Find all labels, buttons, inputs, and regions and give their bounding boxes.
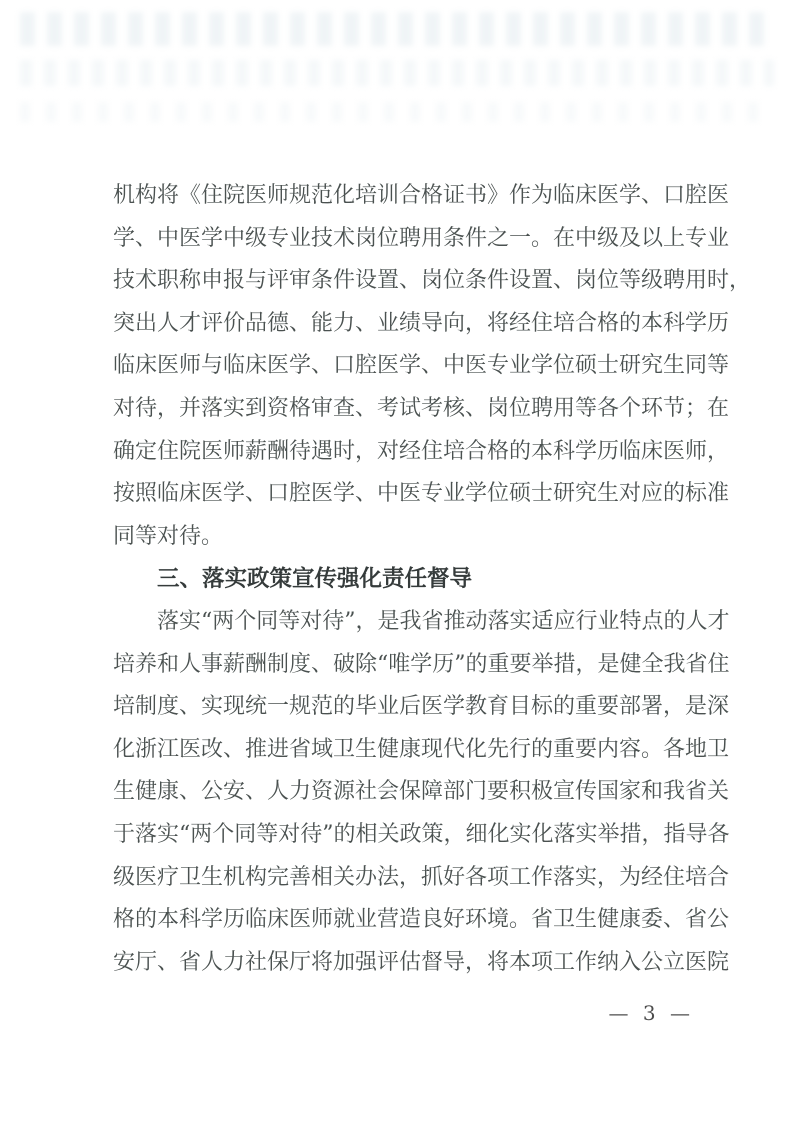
paragraph-line: 突出人才评价品德、能力、业绩导向，将经住培合格的本科学历 [113, 303, 683, 346]
paragraph-line: 对待，并落实到资格审查、考试考核、岗位聘用等各个环节；在 [113, 388, 683, 431]
document-page: 机构将《住院医师规范化培训合格证书》作为临床医学、口腔医 学、中医学中级专业技术… [0, 0, 794, 1123]
section-heading: 三、落实政策宣传强化责任督导 [113, 558, 683, 601]
paragraph-line: 学、中医学中级专业技术岗位聘用条件之一。在中级及以上专业 [113, 218, 683, 261]
bleed-through-row [20, 60, 774, 86]
paragraph-line: 化浙江医改、推进省域卫生健康现代化先行的重要内容。各地卫 [113, 729, 683, 772]
paragraph-line: 于落实“两个同等对待”的相关政策，细化实化落实举措，指导各 [113, 814, 683, 857]
paragraph-line: 机构将《住院医师规范化培训合格证书》作为临床医学、口腔医 [113, 175, 683, 218]
paragraph-line: 培养和人事薪酬制度、破除“唯学历”的重要举措，是健全我省住 [113, 644, 683, 687]
paragraph-line: 按照临床医学、口腔医学、中医专业学位硕士研究生对应的标准 [113, 473, 683, 516]
paragraph-line: 技术职称申报与评审条件设置、岗位条件设置、岗位等级聘用时， [113, 260, 683, 303]
bleed-through-row [20, 102, 774, 122]
paragraph-line: 格的本科学历临床医师就业营造良好环境。省卫生健康委、省公 [113, 899, 683, 942]
paragraph-line: 同等对待。 [113, 516, 683, 559]
paragraph-line: 落实“两个同等对待”，是我省推动落实适应行业特点的人才 [113, 601, 683, 644]
body-text-block: 机构将《住院医师规范化培训合格证书》作为临床医学、口腔医 学、中医学中级专业技术… [113, 175, 683, 984]
bleed-through-artifact [20, 0, 774, 150]
bleed-through-row [20, 12, 774, 46]
paragraph-line: 级医疗卫生机构完善相关办法，抓好各项工作落实，为经住培合 [113, 857, 683, 900]
paragraph-line: 确定住院医师薪酬待遇时，对经住培合格的本科学历临床医师， [113, 431, 683, 474]
paragraph-line: 生健康、公安、人力资源社会保障部门要积极宣传国家和我省关 [113, 771, 683, 814]
paragraph-line: 安厅、省人力社保厅将加强评估督导，将本项工作纳入公立医院 [113, 942, 683, 985]
paragraph-line: 培制度、实现统一规范的毕业后医学教育目标的重要部署，是深 [113, 686, 683, 729]
paragraph-line: 临床医师与临床医学、口腔医学、中医专业学位硕士研究生同等 [113, 345, 683, 388]
page-number: — 3 — [609, 1001, 694, 1025]
